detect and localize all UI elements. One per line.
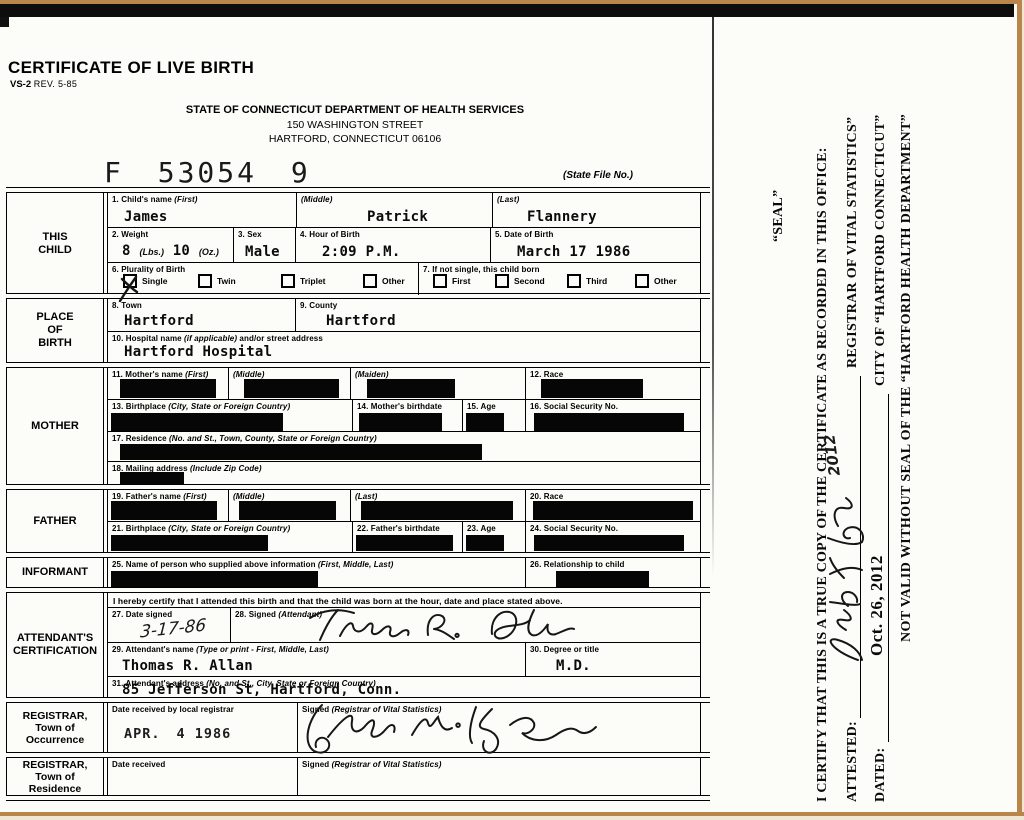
- row-father-name: 19. Father's name (First) (Middle) (Last…: [108, 490, 700, 522]
- section-label-registrar-occurrence: REGISTRAR, Town of Occurrence: [8, 703, 102, 752]
- field-hospital: 10. Hospital name (if applicable) and/or…: [108, 332, 700, 362]
- row-plurality: 6. Plurality of Birth Single Twin Triple…: [108, 263, 700, 295]
- field-if-not-single: 7. If not single, this child born First …: [418, 263, 700, 295]
- section-label-line: OF: [47, 324, 62, 337]
- redaction-bar: [534, 535, 684, 551]
- section-label-place-of-birth: PLACE OF BIRTH: [8, 299, 102, 362]
- section-label-informant: INFORMANT: [8, 558, 102, 587]
- section-label-line: REGISTRAR,: [23, 710, 88, 722]
- field-county: 9. County Hartford: [295, 299, 700, 331]
- field-label: (Maiden): [355, 370, 389, 379]
- field-weight: 2. Weight 8 (Lbs.) 10 (Oz.): [108, 228, 233, 262]
- redaction-bar: [111, 571, 318, 587]
- checkbox-icon: [495, 274, 509, 288]
- field-sex: 3. Sex Male: [233, 228, 295, 262]
- section-label-line: CHILD: [38, 244, 72, 257]
- checkbox-icon: [567, 274, 581, 288]
- field-date-received-residence: Date received: [108, 758, 297, 795]
- date-received-stamp: APR.4 1986: [124, 726, 231, 742]
- redaction-bar: [556, 571, 649, 587]
- field-attendant-address: 31. Attendant's address (No. and St., Ci…: [108, 677, 700, 697]
- redaction-bar: [541, 379, 643, 398]
- row-hospital: 10. Hospital name (if applicable) and/or…: [108, 332, 700, 362]
- redaction-bar: [466, 535, 504, 551]
- section-label-line: PLACE: [36, 311, 73, 324]
- field-value: March 17 1986: [517, 245, 630, 260]
- section-label-line: Town of: [35, 771, 74, 783]
- field-registrar-signed-residence: Signed (Registrar of Vital Statistics): [297, 758, 700, 795]
- field-mother-age: 15. Age: [462, 400, 525, 431]
- field-label: (Middle): [233, 370, 264, 379]
- redaction-bar: [367, 379, 455, 398]
- field-value: M.D.: [556, 659, 591, 674]
- section-label-line: THIS: [42, 231, 67, 244]
- field-label: 2. Weight: [112, 230, 148, 239]
- attendant-signature: [306, 604, 576, 646]
- section-label-attendants-certification: ATTENDANT'S CERTIFICATION: [8, 593, 102, 697]
- field-date-signed: 27. Date signed 3-17-86: [108, 608, 230, 642]
- redaction-bar: [120, 472, 184, 484]
- section-label-line: INFORMANT: [22, 566, 88, 579]
- checkbox-other-plurality: Other: [363, 272, 405, 290]
- field-value: Hartford: [124, 314, 194, 329]
- document-title: CERTIFICATE OF LIVE BIRTH: [8, 58, 254, 78]
- field-date-received-occurrence: Date received by local registrar APR.4 1…: [108, 703, 297, 752]
- field-father-birthdate: 22. Father's birthdate: [352, 522, 462, 552]
- section-label-line: Town of: [35, 722, 74, 734]
- certificate-form: THIS CHILD PLACE OF BIRTH MOTHER FATHER …: [6, 190, 712, 804]
- form-code-number: VS-2: [10, 79, 31, 90]
- field-label: 19. Father's name (First): [112, 492, 207, 501]
- section-label-line: ATTENDANT'S: [17, 632, 93, 645]
- field-label: 11. Mother's name (First): [112, 370, 208, 379]
- redaction-bar: [359, 413, 442, 431]
- section-label-registrar-residence: REGISTRAR, Town of Residence: [8, 758, 102, 795]
- field-value: Flannery: [527, 210, 597, 225]
- department-street: 150 WASHINGTON STREET: [0, 119, 710, 131]
- checkbox-icon: [281, 274, 295, 288]
- field-value: James: [124, 210, 168, 225]
- field-label: 20. Race: [530, 492, 563, 501]
- row-informant: 25. Name of person who supplied above in…: [108, 558, 700, 587]
- page-fold-line: [712, 17, 714, 577]
- dated-label: DATED:: [873, 748, 889, 802]
- section-label-line: CERTIFICATION: [13, 645, 97, 658]
- field-mother-race: 12. Race: [525, 368, 700, 399]
- redaction-bar: [356, 535, 453, 551]
- field-plurality: 6. Plurality of Birth Single Twin Triple…: [108, 263, 418, 295]
- section-label-this-child: THIS CHILD: [8, 194, 102, 293]
- field-label: 26. Relationship to child: [530, 560, 625, 569]
- checkbox-twin: Twin: [198, 272, 236, 290]
- row-attendant-address: 31. Attendant's address (No. and St., Ci…: [108, 677, 700, 697]
- attested-label: ATTESTED:: [845, 721, 861, 802]
- field-mother-mailing-address: 18. Mailing address (Include Zip Code): [108, 462, 700, 484]
- row-father-birth: 21. Birthplace (City, State or Foreign C…: [108, 522, 700, 552]
- field-label: 12. Race: [530, 370, 563, 379]
- row-child-name: 1. Child's name (First) James (Middle) P…: [108, 193, 700, 228]
- field-mother-birthdate: 14. Mother's birthdate: [352, 400, 462, 431]
- field-signed-attendant: 28. Signed (Attendant): [230, 608, 700, 642]
- redaction-bar: [533, 501, 693, 520]
- row-town-county: 8. Town Hartford 9. County Hartford: [108, 299, 700, 332]
- checkbox-icon: [433, 274, 447, 288]
- section-label-line: BIRTH: [38, 337, 72, 350]
- dated-underline: [888, 394, 889, 742]
- state-file-number: F 53054 9: [104, 156, 311, 189]
- field-degree-or-title: 30. Degree or title M.D.: [525, 643, 700, 676]
- checkbox-icon: [635, 274, 649, 288]
- field-mother-maiden-name: (Maiden): [350, 368, 525, 399]
- field-label: 14. Mother's birthdate: [357, 402, 442, 411]
- redaction-bar: [111, 535, 268, 551]
- field-hour-of-birth: 4. Hour of Birth 2:09 P.M.: [295, 228, 490, 262]
- registrar-title: REGISTRAR OF VITAL STATISTICS”: [845, 117, 861, 368]
- section-label-line: Occurrence: [26, 734, 84, 746]
- field-registrar-signed-occurrence: Signed (Registrar of Vital Statistics): [297, 703, 700, 752]
- city-line: CITY OF “HARTFORD CONNECTICUT”: [873, 114, 889, 386]
- field-label: (Last): [355, 492, 377, 501]
- redaction-bar: [120, 444, 482, 460]
- redaction-bar: [361, 501, 513, 520]
- department-name: STATE OF CONNECTICUT DEPARTMENT OF HEALT…: [0, 104, 710, 116]
- field-child-first-name: 1. Child's name (First) James: [108, 193, 296, 227]
- attested-signature: [818, 470, 868, 670]
- row-attendant-signature: 27. Date signed 3-17-86 28. Signed (Atte…: [108, 608, 700, 643]
- redaction-bar: [111, 501, 217, 520]
- section-label-line: REGISTRAR,: [23, 759, 88, 771]
- field-father-race: 20. Race: [525, 490, 700, 521]
- field-father-first-name: 19. Father's name (First): [108, 490, 228, 521]
- field-label: 3. Sex: [238, 230, 262, 239]
- not-valid-line: NOT VALID WITHOUT SEAL OF THE “HARTFORD …: [899, 114, 915, 642]
- field-label: 21. Birthplace (City, State or Foreign C…: [112, 524, 290, 533]
- field-father-birthplace: 21. Birthplace (City, State or Foreign C…: [108, 522, 352, 552]
- checkbox-icon: [363, 274, 377, 288]
- field-label: Date received by local registrar: [112, 705, 234, 714]
- row-registrar-occurrence: Date received by local registrar APR.4 1…: [108, 703, 700, 752]
- section-rule: [6, 795, 710, 801]
- field-mother-residence: 17. Residence (No. and St., Town, County…: [108, 432, 700, 461]
- scan-margin-bottom: [0, 816, 1024, 820]
- redaction-bar: [244, 379, 339, 398]
- field-value: 2:09 P.M.: [322, 245, 401, 260]
- field-child-middle-name: (Middle) Patrick: [296, 193, 492, 227]
- field-label: 8. Town: [112, 301, 142, 310]
- row-mother-mailing: 18. Mailing address (Include Zip Code): [108, 462, 700, 484]
- dated-value: Oct. 26, 2012: [867, 555, 887, 656]
- checkbox-third: Third: [567, 272, 607, 290]
- row-mother-name: 11. Mother's name (First) (Middle) (Maid…: [108, 368, 700, 400]
- field-date-of-birth: 5. Date of Birth March 17 1986: [490, 228, 700, 262]
- checkbox-triplet: Triplet: [281, 272, 326, 290]
- row-mother-birth: 13. Birthplace (City, State or Foreign C…: [108, 400, 700, 432]
- registrar-signature: [300, 697, 600, 759]
- section-label-line: Residence: [29, 783, 82, 795]
- field-value: Male: [245, 245, 280, 260]
- row-registrar-residence: Date received Signed (Registrar of Vital…: [108, 758, 700, 795]
- field-value: Hartford: [326, 314, 396, 329]
- redaction-bar: [239, 501, 336, 520]
- row-mother-residence: 17. Residence (No. and St., Town, County…: [108, 432, 700, 462]
- field-value: Hartford Hospital: [124, 345, 272, 360]
- field-label: 29. Attendant's name (Type or print - Fi…: [112, 645, 329, 654]
- redaction-bar: [534, 413, 684, 431]
- certification-sidebar: “SEAL” I CERTIFY THAT THIS IS A TRUE COP…: [715, 0, 1024, 820]
- field-label: 16. Social Security No.: [530, 402, 618, 411]
- field-father-last-name: (Last): [350, 490, 525, 521]
- field-mother-first-name: 11. Mother's name (First): [108, 368, 228, 399]
- field-label: 10. Hospital name (if applicable) and/or…: [112, 334, 323, 343]
- field-mother-middle-name: (Middle): [228, 368, 350, 399]
- field-father-age: 23. Age: [462, 522, 525, 552]
- field-label: 22. Father's birthdate: [357, 524, 440, 533]
- handwritten-date: 3-17-86: [139, 615, 206, 642]
- field-town: 8. Town Hartford: [108, 299, 295, 331]
- field-mother-ssn: 16. Social Security No.: [525, 400, 700, 431]
- field-label: 4. Hour of Birth: [300, 230, 360, 239]
- field-label: 30. Degree or title: [530, 645, 599, 654]
- checkbox-second: Second: [495, 272, 545, 290]
- field-label: 25. Name of person who supplied above in…: [112, 560, 393, 569]
- field-label: 9. County: [300, 301, 337, 310]
- department-city: HARTFORD, CONNECTICUT 06106: [0, 133, 710, 145]
- form-revision: REV. 5-85: [34, 79, 77, 89]
- field-label: 13. Birthplace (City, State or Foreign C…: [112, 402, 290, 411]
- field-label: 1. Child's name (First): [112, 195, 198, 204]
- field-child-last-name: (Last) Flannery: [492, 193, 700, 227]
- rotated-certification-text: “SEAL” I CERTIFY THAT THIS IS A TRUE COP…: [715, 0, 1024, 820]
- field-label: (Last): [497, 195, 519, 204]
- scan-corner-blot: [0, 17, 9, 27]
- field-father-middle-name: (Middle): [228, 490, 350, 521]
- form-code: VS-2 REV. 5-85: [10, 79, 77, 90]
- field-label: Date received: [112, 760, 165, 769]
- section-label-line: FATHER: [33, 515, 76, 528]
- field-label: 24. Social Security No.: [530, 524, 618, 533]
- redaction-bar: [111, 413, 283, 431]
- row-attendant-name: 29. Attendant's name (Type or print - Fi…: [108, 643, 700, 677]
- field-label: (Middle): [233, 492, 264, 501]
- state-file-number-label: (State File No.): [563, 170, 633, 181]
- redaction-bar: [466, 413, 504, 431]
- field-attendant-name: 29. Attendant's name (Type or print - Fi…: [108, 643, 525, 676]
- field-relationship-to-child: 26. Relationship to child: [525, 558, 700, 587]
- scanned-birth-certificate: CERTIFICATE OF LIVE BIRTH VS-2 REV. 5-85…: [0, 0, 1024, 820]
- field-label: 27. Date signed: [112, 610, 172, 619]
- field-father-ssn: 24. Social Security No.: [525, 522, 700, 552]
- checkbox-icon: [198, 274, 212, 288]
- checkbox-other-order: Other: [635, 272, 677, 290]
- field-value: Thomas R. Allan: [122, 659, 253, 674]
- redaction-bar: [120, 379, 216, 398]
- section-label-mother: MOTHER: [8, 368, 102, 484]
- field-mother-birthplace: 13. Birthplace (City, State or Foreign C…: [108, 400, 352, 431]
- field-label: 23. Age: [467, 524, 496, 533]
- section-label-father: FATHER: [8, 490, 102, 552]
- seal-label: “SEAL”: [771, 190, 787, 242]
- field-label: 5. Date of Birth: [495, 230, 554, 239]
- row-child-vitals: 2. Weight 8 (Lbs.) 10 (Oz.) 3. Sex Male …: [108, 228, 700, 263]
- field-informant-name: 25. Name of person who supplied above in…: [108, 558, 525, 587]
- field-value: 85 Jefferson St, Hartford, Conn.: [122, 683, 401, 698]
- section-label-line: MOTHER: [31, 420, 79, 433]
- field-label: (Middle): [301, 195, 332, 204]
- checkbox-first: First: [433, 272, 470, 290]
- field-label: 15. Age: [467, 402, 496, 411]
- field-value: 8 (Lbs.) 10 (Oz.): [122, 244, 219, 260]
- field-label: 17. Residence (No. and St., Town, County…: [112, 434, 377, 443]
- field-value: Patrick: [367, 210, 428, 225]
- form-border-right: [700, 192, 702, 799]
- field-label: Signed (Registrar of Vital Statistics): [302, 760, 442, 769]
